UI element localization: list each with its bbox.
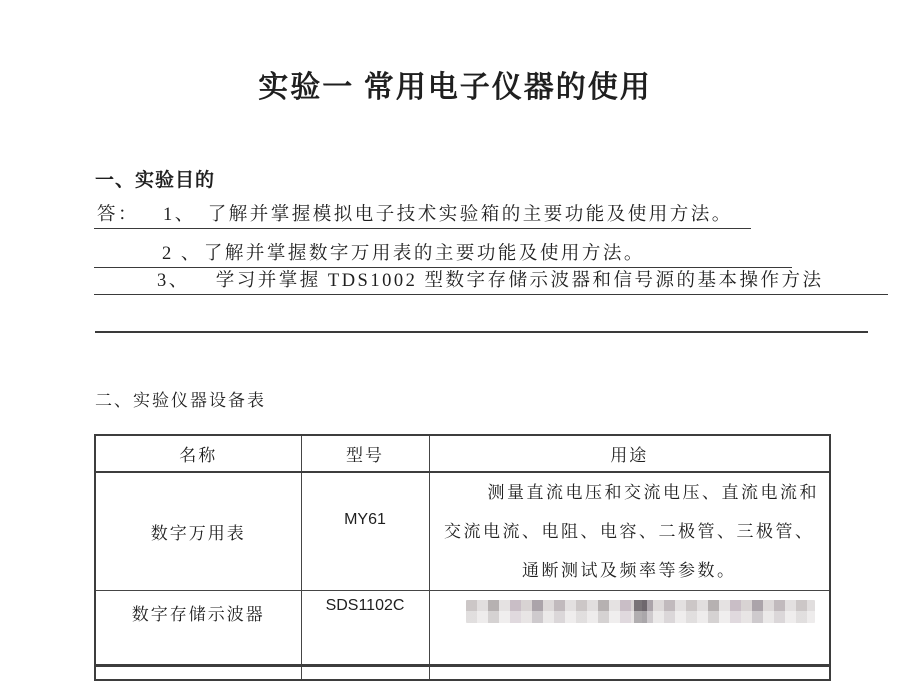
row1-name: 数字万用表 [95,472,301,591]
row1-usage: 测量直流电压和交流电压、直流电流和 交流电流、电阻、电容、二极管、三极管、 通断… [429,472,830,591]
header-name: 名称 [95,435,301,472]
answer-line-1: 答：1、了解并掌握模拟电子技术实验箱的主要功能及使用方法。 [94,202,751,229]
table-row: 数字万用表 MY61 测量直流电压和交流电压、直流电流和 交流电流、电阻、电容、… [95,472,830,591]
table-header-row: 名称 型号 用途 [95,435,830,472]
blank-answer-rule [95,331,868,333]
row3-name-empty [95,666,301,680]
usage-line-2: 交流电流、电阻、电容、二极管、三极管、 [440,512,820,551]
row1-model-text: MY61 [344,511,386,528]
row3-model-empty [301,666,429,680]
item-1-number: 1、 [163,202,196,228]
item-3-text: 学习并掌握 TDS1002 型数字存储示波器和信号源的基本操作方法 [216,271,824,291]
item-1-text: 了解并掌握模拟电子技术实验箱的主要功能及使用方法。 [208,205,733,225]
section2-heading: 二、实验仪器设备表 [95,386,266,411]
item-3-number: 3、 [157,268,190,294]
usage-line-1: 测量直流电压和交流电压、直流电流和 [440,473,820,512]
header-usage: 用途 [429,435,830,472]
answer-line-2: 2 、了解并掌握数字万用表的主要功能及使用方法。 [94,241,792,268]
section1-heading: 一、实验目的 [95,165,215,192]
row2-name: 数字存储示波器 [95,591,301,666]
row2-usage [429,591,830,666]
header-model: 型号 [301,435,429,472]
item-2-text: 了解并掌握数字万用表的主要功能及使用方法。 [204,244,645,264]
equipment-table: 名称 型号 用途 数字万用表 MY61 测量直流电压和交流电压、直流电流和 交流… [94,434,831,681]
row1-model: MY61 [301,472,429,591]
table-row: 数字存储示波器 SDS1102C [95,591,830,666]
redacted-pixelated-block [466,600,815,623]
row2-model: SDS1102C [301,591,429,666]
document-page: 实验一 常用电子仪器的使用 一、实验目的 答：1、了解并掌握模拟电子技术实验箱的… [0,0,910,681]
item-2-number: 2 、 [162,241,202,267]
answer-line-3: 3、学习并掌握 TDS1002 型数字存储示波器和信号源的基本操作方法 [94,268,888,295]
row3-usage-empty [429,666,830,680]
page-title: 实验一 常用电子仪器的使用 [0,62,910,106]
usage-line-3: 通断测试及频率等参数。 [440,551,820,590]
table-row [95,666,830,680]
answer-prefix: 答： [97,205,139,225]
